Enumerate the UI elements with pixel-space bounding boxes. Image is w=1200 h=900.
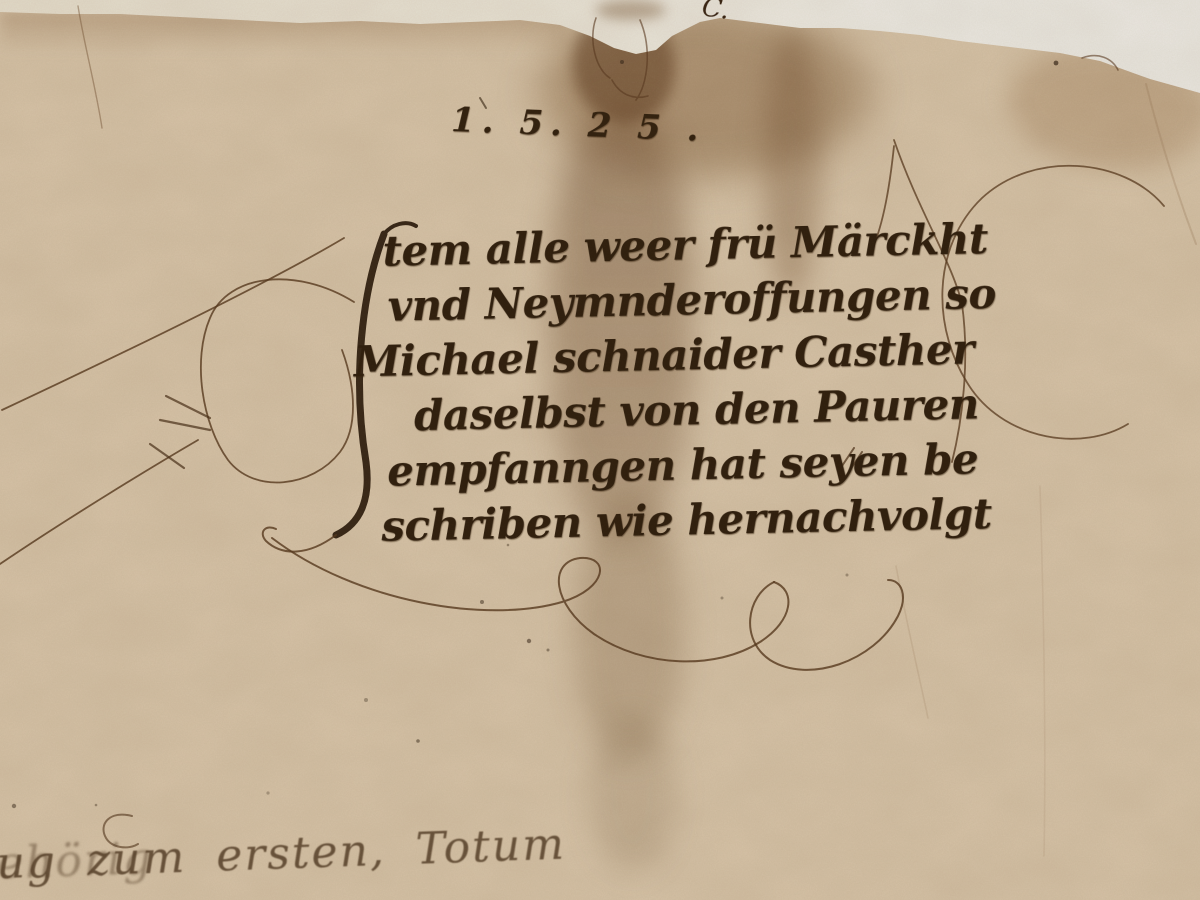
ink-speck [846, 574, 849, 577]
edge-ink-mark: C. [700, 0, 731, 26]
hatch-mark [160, 420, 210, 430]
tear-cracks [593, 18, 1118, 100]
flourish-lower-diagonal [0, 440, 198, 564]
ink-speck [12, 804, 16, 808]
flourish-teardrop-loop [201, 279, 354, 482]
ink-speck [620, 60, 624, 64]
ink-speck [416, 739, 420, 743]
flourish-long-diagonal [2, 238, 344, 410]
ink-speck [364, 698, 368, 702]
flourish-open-c [750, 580, 903, 670]
flourish-hatch-marks [150, 396, 210, 468]
tear-crack [636, 20, 647, 100]
crease-line [78, 6, 102, 128]
manuscript-text-block: tem alle weer frü Märckht vnd Neymnderof… [372, 212, 959, 554]
ink-speck [547, 649, 550, 652]
ink-speck [266, 791, 269, 794]
ink-speck [480, 600, 484, 604]
tear-crack [1082, 56, 1118, 70]
bottom-text-fading-word: gehörig [0, 833, 154, 890]
manuscript-photo: C. 1. 5. 2 5 . tem alle weer frü Märckht… [0, 0, 1200, 900]
ink-speck [95, 804, 98, 807]
flourish-loop-sweep [272, 538, 788, 661]
crease-line [1040, 486, 1045, 856]
ink-speck [1054, 61, 1059, 66]
crease-line [1146, 84, 1196, 244]
ink-speck [527, 639, 531, 643]
tear-crack [593, 18, 610, 78]
ink-speck [721, 597, 724, 600]
